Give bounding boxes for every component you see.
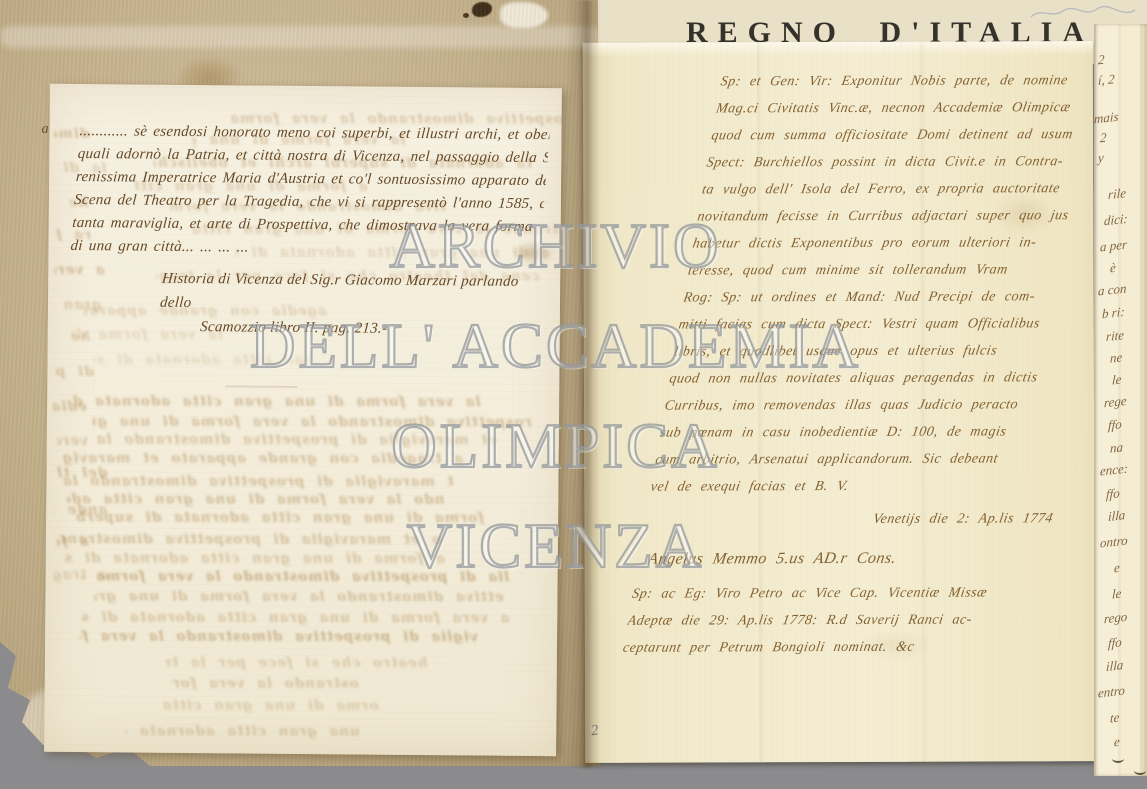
edge-text-fragment: le [1112, 585, 1122, 602]
manuscript-line: cum arbitrio, Arsenatui applicandorum. S… [653, 445, 1066, 473]
bleedthrough-row: ande apparato et maraviglia di prospetti… [54, 502, 107, 518]
bleedthrough-row: gran citta adornata di superbi archi et … [55, 297, 102, 313]
edge-text-fragment: rite [1106, 327, 1125, 345]
bleedthrough-row: edia con grande apparato et maraviglia d… [53, 399, 87, 415]
manuscript-line: vel de exequi facias et B. V. [648, 472, 1061, 500]
manuscript-line: libris, et quodlibet usque opus et ulter… [672, 337, 1085, 365]
manuscript-line: Sp: ac Eg: Viro Petro ac Vice Cap. Vicen… [630, 579, 1043, 607]
latin-text-block: Sp: et Gen: Vir: Exponitur Nobis parte, … [621, 67, 1131, 662]
manuscript-line: mitti facias cum dicta Spect: Vestri qua… [676, 310, 1089, 338]
manuscript-line: habetur dictis Exponentibus pro eorum ul… [690, 229, 1103, 257]
paper-stain [512, 240, 554, 266]
manuscript-line: Adeptæ die 29: Ap.lis 1778: R.d Saverij … [625, 606, 1038, 634]
bleedthrough-row: heatro che si fece per la tragedia con g… [165, 655, 427, 671]
edge-text-fragment: 2 [1100, 130, 1107, 147]
manuscript-line: Scena del Theatro per la Tragedia, che v… [73, 189, 545, 216]
manuscript-line: Sp: et Gen: Vir: Exponitur Nobis parte, … [718, 67, 1131, 95]
edge-text-fragment: ffo [1106, 485, 1120, 503]
edge-text-fragment: dici: [1104, 211, 1128, 230]
edge-text-fragment: rege [1104, 393, 1127, 412]
manuscript-line: tanta maraviglia, et arte di Prospettiva… [71, 212, 543, 239]
edge-mark [1112, 754, 1124, 763]
edge-text-fragment: mais [1094, 109, 1119, 128]
ink-blot [472, 2, 492, 17]
bleedthrough-row: a forma di una gran citta adornata di su… [135, 178, 367, 194]
edge-text-fragment: na [1110, 439, 1123, 457]
edge-text-fragment: ence: [1100, 460, 1129, 479]
bleedthrough-row: agedia con grande apparato et maraviglia… [81, 303, 327, 319]
bleedthrough-row: del theatro che si fece per la tragedia … [57, 465, 107, 481]
bleedthrough-row: et maraviglia di prospettiva dimostrando… [87, 432, 497, 449]
edge-text-fragment: le [1112, 371, 1122, 388]
paper-stain [991, 193, 1055, 235]
bleedthrough-row: viglia di prospettiva dimostrando la ver… [80, 628, 478, 645]
bleedthrough-row: ettiva dimostrando la vera forma di una … [95, 589, 504, 606]
edge-text-fragment: ffo [1108, 416, 1122, 434]
bleedthrough-row: la vera forma di una gran citta adornata… [73, 326, 223, 342]
manuscript-line: Spect: Burchiellos possint in dicta Civi… [704, 148, 1117, 176]
citation-line: Scamozzio libro II. pag. 213.- [199, 315, 543, 342]
edge-text-fragment: a per [1100, 237, 1128, 256]
bleedthrough-row: tiva dimostrando la vera forma di una gr… [171, 198, 446, 214]
pencil-scribble [1029, 3, 1139, 23]
pasted-manuscript-sheet: glia di prospettiva dimostrando la vera … [44, 84, 562, 756]
bleedthrough-row: lia di prospettiva dimostrando la vera f… [82, 569, 509, 586]
italian-text-block: ............ sè esendosi honorato meno c… [70, 120, 551, 262]
bleedthrough-row: a vera forma di una gran citta adornata … [82, 610, 509, 627]
manuscript-line: Curribus, imo removendas illas quas Judi… [662, 391, 1075, 419]
manuscript-line: Venetijs die 2: Ap.lis 1774: [871, 505, 1056, 533]
bleedthrough-row: la vera forma di una gran citta adornata… [74, 394, 481, 411]
bleedthrough-row: forma di una gran citta adornata di supe… [77, 510, 484, 527]
manuscript-line: ta vulgo dell' Isola del Ferro, ex propr… [700, 175, 1113, 203]
manuscript-line: Mag.ci Civitatis Vinc.æ, necnon Accademi… [714, 94, 1127, 122]
manuscript-line: quali adornò la Patria, et città nostra … [77, 143, 549, 170]
bleedthrough-row: he si fece per la tragedia con grande ap… [57, 329, 89, 345]
bleedthrough-row: una gran citta adornata di superbi archi… [126, 724, 360, 740]
manuscript-line: renissima Imperatrice Maria d'Austria et… [75, 166, 547, 193]
edge-mark [1134, 766, 1146, 775]
edge-text-fragment: í, 2 [1098, 71, 1115, 89]
manuscript-line: sub pœnam in casu inobedientiæ D: 100, d… [658, 418, 1071, 446]
bleedthrough-row: a di una gran citta adornata di superbi … [235, 245, 549, 262]
bleedthrough-row: o et maraviglia di prospettiva dimostran… [60, 531, 440, 548]
edge-text-fragment: illa [1106, 657, 1124, 675]
right-manuscript-page: Sp: et Gen: Vir: Exponitur Nobis parte, … [583, 41, 1096, 763]
bleedthrough-row: cena del theatro che si fece per la trag… [156, 268, 539, 285]
manuscript-line: quod non nullas novitates aliquas perage… [667, 364, 1080, 392]
edge-text-fragment: ontro [1100, 532, 1128, 551]
manuscript-line: teresse, quod cum minime sit tollerandum… [686, 256, 1099, 284]
marginal-letter: a [41, 122, 48, 138]
archive-scan: REGNO D'ITALIA Sp: et Gen: Vir: Exponitu… [0, 0, 1147, 789]
paper-stain [855, 630, 935, 660]
edge-text-fragment: entro [1098, 683, 1125, 702]
bleedthrough-row: di prospettiva dimostrando la vera forma… [55, 364, 94, 380]
ink-bleedthrough-layer: glia di prospettiva dimostrando la vera … [44, 84, 562, 756]
bleedthrough-row: orma di una gran citta adornata di super… [159, 698, 378, 714]
edge-text-fragment: e [1114, 734, 1120, 751]
bleedthrough-row: he si fece per la tragedia con grande ap… [59, 195, 88, 211]
bleedthrough-row: glia di prospettiva dimostrando la vera … [224, 110, 562, 127]
manuscript-line: Angelus Memmo 5.us AD.r Cons. [646, 544, 1049, 572]
bleedthrough-row: a tragedia con grande apparato et maravi… [54, 567, 108, 583]
page-edge-stack: 2í, 2mais2yriledici:a perèa conb ri:rite… [1094, 24, 1147, 776]
manuscript-line: di una gran città... ... ... ... [70, 235, 542, 262]
edge-text-fragment: y [1098, 150, 1104, 167]
bleedthrough-row: dimostrando la vera forma di una gran ci… [55, 126, 90, 142]
edge-text-fragment: illa [1108, 507, 1126, 525]
bleedthrough-row: t maraviglia di prospettiva dimostrando … [61, 473, 453, 490]
bleedthrough-row: a forma di una gran citta adornata di su… [56, 534, 89, 550]
bleedthrough-row: ia di prospettiva dimostrando la vera fo… [56, 160, 106, 176]
bleedthrough-row: a forma di una gran citta adornata di su… [64, 550, 445, 567]
manuscript-line: quod cum summa officiositate Domi detine… [709, 121, 1122, 149]
bleedthrough-row: a vera forma di una gran citta adornata … [54, 262, 104, 278]
edge-text-fragment: ffo [1108, 634, 1122, 652]
edge-text-fragment: 2 [1098, 52, 1105, 69]
edge-text-fragment: te [1110, 709, 1120, 726]
bleedthrough-row: ndo la vera forma di una gran citta ador… [67, 491, 444, 508]
edge-text-fragment: è [1110, 260, 1116, 277]
ink-blot-small [463, 13, 469, 18]
torn-paper-patch [500, 2, 548, 28]
bleedthrough-row: rospettiva dimostrando la vera forma di … [93, 413, 532, 430]
bleedthrough-row: ran citta adornata di superbi archi et o… [94, 352, 312, 368]
citation-line: Historia di Vicenza del Sig.r Giacomo Ma… [159, 267, 547, 318]
citation-block: Historia di Vicenza del Sig.r Giacomo Ma… [71, 266, 547, 342]
bleedthrough-row: a tragedia con grande apparato et maravi… [60, 450, 462, 467]
manuscript-line: Rog: Sp: ut ordines et Mand: Nud Precipi… [681, 283, 1094, 311]
edge-text-fragment: a con [1098, 280, 1127, 299]
manuscript-line: ceptarunt per Petrum Bongioli nominat. &… [621, 633, 1034, 661]
edge-text-fragment: e [1114, 560, 1120, 577]
edge-text-fragment: rego [1104, 609, 1128, 628]
bleedthrough-row: ostrando la vera forma di una gran citta… [171, 675, 358, 691]
edge-text-fragment: ne [1110, 349, 1123, 366]
bleedthrough-row: la vera forma di una gran citta adornata… [193, 132, 406, 148]
bleedthrough-row: ra forma di una gran citta adornata di s… [57, 227, 92, 243]
bleedthrough-row: ta adornata di superbi archi et obelisch… [154, 155, 532, 172]
edge-text-fragment: rile [1108, 185, 1127, 203]
faded-rule [225, 385, 297, 388]
bleedthrough-row: strando la vera forma di una gran citta … [185, 221, 562, 238]
manuscript-line: novitandum fecisse in Curribus adjactari… [695, 202, 1108, 230]
manuscript-line: ............ sè esendosi honorato meno c… [79, 120, 551, 147]
cover-wrinkle-band [0, 26, 600, 48]
bleedthrough-row: vera forma di una gran citta adornata di… [57, 433, 88, 449]
book-gutter-shadow [566, 0, 600, 768]
edge-text-fragment: b ri: [1102, 304, 1125, 323]
